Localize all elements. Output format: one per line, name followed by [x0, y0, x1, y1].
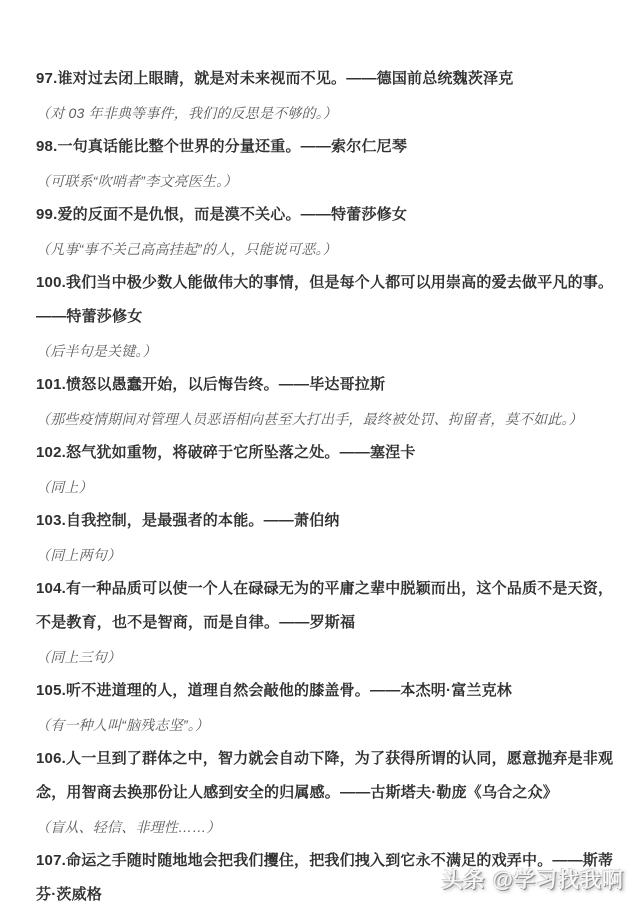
- quote-line-103: 103.自我控制，是最强者的本能。——萧伯纳: [36, 504, 620, 538]
- comment-line-99: （凡事“事不关己高高挂起”的人，只能说可恶。）: [36, 232, 620, 266]
- document-page: 97.谁对过去闭上眼睛，就是对未来视而不见。——德国前总统魏茨泽克 （对 03 …: [0, 0, 640, 905]
- comment-line-98: （可联系“吹哨者”李文亮医生。）: [36, 164, 620, 198]
- quote-line-105: 105.听不进道理的人，道理自然会敲他的膝盖骨。——本杰明·富兰克林: [36, 674, 620, 708]
- quote-line-98: 98.一句真话能比整个世界的分量还重。——索尔仁尼琴: [36, 130, 620, 164]
- comment-line-105: （有一种人叫“脑残志坚”。）: [36, 708, 620, 742]
- comment-line-102: （同上）: [36, 470, 620, 504]
- quote-line-106: 106.人一旦到了群体之中，智力就会自动下降，为了获得所谓的认同，愿意抛弃是非观…: [36, 742, 620, 810]
- quote-line-99: 99.爱的反面不是仇恨，而是漠不关心。——特蕾莎修女: [36, 198, 620, 232]
- comment-line-103: （同上两句）: [36, 538, 620, 572]
- quote-line-100: 100.我们当中极少数人能做伟大的事情，但是每个人都可以用崇高的爱去做平凡的事。…: [36, 266, 620, 334]
- comment-line-101: （那些疫情期间对管理人员恶语相向甚至大打出手，最终被处罚、拘留者，莫不如此。）: [36, 402, 620, 436]
- comment-line-100: （后半句是关键。）: [36, 334, 620, 368]
- quote-line-104: 104.有一种品质可以使一个人在碌碌无为的平庸之辈中脱颖而出，这个品质不是天资，…: [36, 572, 620, 640]
- toutiao-watermark: 头条 @学习找我啊: [442, 864, 624, 894]
- quote-line-101: 101.愤怒以愚蠢开始，以后悔告终。——毕达哥拉斯: [36, 368, 620, 402]
- quote-line-102: 102.怒气犹如重物，将破碎于它所坠落之处。——塞涅卡: [36, 436, 620, 470]
- comment-line-106: （盲从、轻信、非理性……）: [36, 810, 620, 844]
- comment-line-104: （同上三句）: [36, 640, 620, 674]
- quote-line-97: 97.谁对过去闭上眼睛，就是对未来视而不见。——德国前总统魏茨泽克: [36, 62, 620, 96]
- comment-line-97: （对 03 年非典等事件，我们的反思是不够的。）: [36, 96, 620, 130]
